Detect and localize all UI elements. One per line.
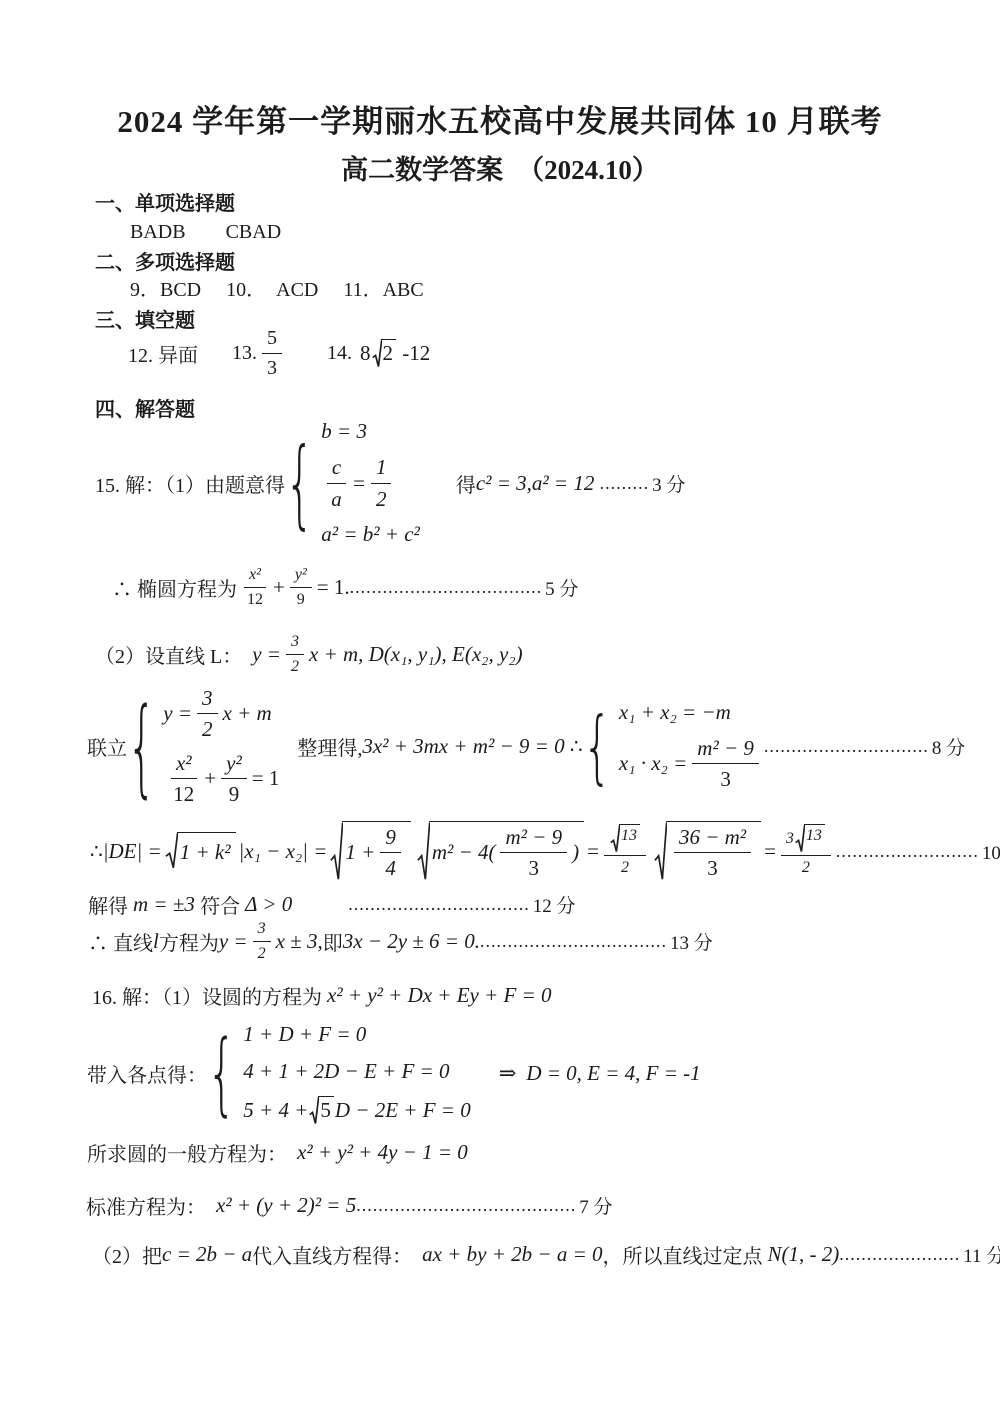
fraction-numerator: x² [244,565,266,588]
score-label: 7 分 [579,1192,612,1219]
system-rows: b = 3 ca = 12 a² = b² + c² [321,419,420,547]
fraction-numerator: 13 [604,824,646,856]
fraction: 94 [380,824,401,882]
single-choice-answers: BADB CBAD [130,215,281,244]
fraction-numerator: 3 [286,632,304,655]
fraction-denominator: 9 [224,779,245,807]
plus-sign: + [204,766,216,791]
left-brace-icon: { [583,706,612,787]
row-rest: D − 2E + F = 0 [335,1098,471,1123]
final-prefix2: 方程为 [159,927,219,956]
p15-ellipse-line: ∴ 椭圆方程为 x²12 + y²9 = 1. ................… [112,556,578,618]
row-start: y = [163,701,192,726]
radicand: 2 [381,339,397,368]
section-heading-text: 二、多项选择题 [95,246,235,275]
score-label: 11 分 [963,1241,1000,1268]
de-mid: |x₁ − x₂| = [239,839,328,864]
fraction: m² − 93 [692,735,759,793]
p15-final-line: ∴ 直线 l 方程为 y = 32 x ± 3, 即 3x − 2y ± 6 =… [88,913,713,969]
fraction: 132 [604,824,646,878]
implies-sign: ⇒ [499,1061,517,1086]
left-brace-icon: { [207,1028,236,1118]
p16-system-line: 带入各点得： { 1 + D + F = 0 4 + 1 + 2D − E + … [87,1018,701,1128]
radicand: m² − 4(m² − 93) [429,821,584,882]
part2-conclusion: ，所以直线过定点 [603,1240,768,1269]
join-system-right: { x₁ + x₂ = −m x₁ · x₂ = m² − 93 [583,700,764,793]
p15-result-prefix: 得 [456,469,476,498]
row-rest: = 1 [252,766,280,791]
sqrt-radical: 1 + k² [165,832,236,869]
fraction-denominator: 3 [262,354,282,381]
ellipse-prefix: ∴ 椭圆方程为 [112,573,237,602]
sqrt-radical: m² − 4(m² − 93) [417,821,584,882]
radicand-start: 1 + [345,840,375,865]
line-equation-start: y = [252,642,281,667]
line-equation: ax + by + 2b − a = 0 [422,1242,602,1267]
fraction-denominator: 2 [197,714,218,742]
equals-sign: = [352,471,366,496]
system-rows: 1 + D + F = 0 4 + 1 + 2D − E + F = 0 5 +… [243,1022,470,1125]
radicand-end: ) [572,840,579,865]
fraction-denominator: 3 [524,853,545,881]
part2-prefix: （2）把 [92,1240,162,1269]
substitute-prefix: 带入各点得： [87,1059,207,1088]
system-row: b = 3 [321,419,367,444]
small-sqrt: 13 [610,824,640,853]
subtitle-text: 高二数学答案 [341,148,503,187]
p16-intro-line: 16. 解：（1）设圆的方程为 x² + y² + Dx + Ey + F = … [92,980,552,1010]
subtitle-date: （2024.10） [517,148,659,187]
dotted-leader: .......................... [836,841,979,862]
fraction: ca [326,454,347,512]
equals-sign: = [587,839,599,864]
fraction: x²12 [242,565,268,610]
fraction-denominator: 4 [380,853,401,881]
left-brace-icon: { [127,693,156,799]
system-row: 1 + D + F = 0 [243,1022,366,1047]
fraction: y²9 [221,750,247,808]
fraction-numerator: m² − 9 [692,735,759,764]
system-rows: x₁ + x₂ = −m x₁ · x₂ = m² − 93 [619,700,764,793]
general-equation: x² + y² + 4y − 1 = 0 [297,1140,468,1165]
section-heading-multi-choice: 二、多项选择题 [95,246,235,275]
row-start: x₁ · x₂ = [619,751,687,776]
system-result: D = 0, E = 4, F = -1 [526,1061,700,1086]
system-row: x²12 + y²9 = 1 [163,750,279,808]
fraction-denominator: 2 [616,856,634,878]
q14-label: 14. [327,342,352,365]
page-title-text: 2024 学年第一学期丽水五校高中发展共同体 10 月联考 [117,96,882,141]
fraction-denominator: 12 [242,588,268,610]
fraction-numerator: x² [171,750,197,779]
line-equation-rest: x + m, D(x₁, y₁), E(x₂, y₂) [309,642,523,667]
radicand-start: m² − 4( [432,840,496,865]
join-prefix: 联立 [87,732,127,761]
part2-prefix: （2）设直线 L： [95,640,252,669]
section-heading-text: 四、解答题 [95,393,195,422]
fraction: y²9 [290,565,312,610]
score-label: 3 分 [652,470,685,497]
p16-intro: 16. 解：（1）设圆的方程为 [92,981,327,1010]
system-rows: y = 32 x + m x²12 + y²9 = 1 [163,685,279,808]
score-label: 5 分 [545,574,578,601]
fraction-numerator: y² [290,565,312,588]
join-middle-prefix: 整理得, [297,732,362,761]
sqrt-radical: 36 − m²3 [654,821,761,882]
left-brace-icon: { [285,435,314,532]
coefficient: 3 [786,829,794,849]
p16-system: { 1 + D + F = 0 4 + 1 + 2D − E + F = 0 5… [207,1022,471,1125]
q14-tail: -12 [397,341,430,366]
therefore-sign: ∴ [90,839,103,864]
q12-answer: 12. 异面 [128,339,198,368]
fraction-numerator: m² − 9 [500,824,567,853]
system-row: x₁ · x₂ = m² − 93 [619,735,764,793]
fraction-denominator: 12 [168,779,199,807]
dotted-leader: ................................... [350,577,543,598]
part2-middle: 代入直线方程得： [252,1240,422,1269]
page-title: 2024 学年第一学期丽水五校高中发展共同体 10 月联考 [0,96,1000,141]
system-row: ca = 12 [321,454,396,512]
dotted-leader: .................................. [480,931,667,952]
fraction-numerator: 1 [371,454,392,483]
system-row: 4 + 1 + 2D − E + F = 0 [243,1059,449,1084]
score-label: 8 分 [932,733,965,760]
standard-equation: x² + (y + 2)² = 5 [216,1193,356,1218]
q13-fraction: 53 [262,326,282,381]
radicand: 5 [318,1096,334,1125]
radicand: 1 + k² [177,832,236,869]
p16-standard-line: 标准方程为： x² + (y + 2)² = 5 ...............… [86,1189,613,1221]
fraction: 32 [253,919,271,964]
dotted-leader: .............................. [764,736,929,757]
join-system-left: { y = 32 x + m x²12 + y²9 = 1 [127,685,279,808]
dotted-leader: ...................... [839,1244,960,1265]
radicand: 13 [619,824,640,853]
fraction-numerator: 3 [253,919,271,942]
system-row: x₁ + x₂ = −m [619,700,731,725]
system-row: y = 32 x + m [163,685,271,743]
that-is: 即 [323,927,343,956]
equals-one: = 1. [317,575,350,600]
radicand: 36 − m²3 [666,821,761,882]
p16-general-line: 所求圆的一般方程为： x² + y² + 4y − 1 = 0 [87,1136,468,1168]
page-subtitle: 高二数学答案（2024.10） [0,148,1000,187]
section-heading-solutions: 四、解答题 [95,393,195,422]
fraction: m² − 93 [500,824,567,882]
therefore-sign: ∴ [570,734,583,759]
fraction: 3132 [781,824,831,878]
fraction-numerator: 3 [197,685,218,714]
standard-prefix: 标准方程为： [86,1191,216,1220]
q14-coefficient: 8 [360,341,371,366]
fraction-denominator: 3 [702,853,723,881]
p16-part2-line: （2）把 c = 2b − a 代入直线方程得： ax + by + 2b − … [92,1237,1000,1271]
q13-label: 13. [232,342,257,365]
fraction: 36 − m²3 [674,824,751,882]
sqrt-radical: 1 +94 [330,821,410,882]
fraction-denominator: 2 [797,856,815,878]
fraction-numerator: y² [221,750,247,779]
fraction-numerator: c [327,454,346,483]
p15-intro: 15. 解：（1）由题意得 [95,469,285,498]
fixed-point: N(1, - 2) [768,1242,840,1267]
dotted-leader: ......... [600,473,650,494]
general-prefix: 所求圆的一般方程为： [87,1138,297,1167]
row-start: 5 + 4 + [243,1098,308,1123]
multi-choice-answers: 9．BCD 10． ACD 11．ABC [130,273,424,302]
system-row: a² = b² + c² [321,522,420,547]
fraction-denominator: 2 [286,655,304,677]
p15-condition-system: { b = 3 ca = 12 a² = b² + c² [285,419,420,547]
fraction-denominator: 9 [292,588,310,610]
fraction-denominator: 2 [253,942,271,964]
fraction-numerator: 5 [262,326,282,354]
small-sqrt: 5 [309,1096,334,1125]
score-label: 10 分 [982,838,1000,865]
fraction: 12 [371,454,392,512]
fraction: x²12 [168,750,199,808]
final-prefix: ∴ 直线 [88,927,153,956]
p15-part2-line: （2）设直线 L： y = 32 x + m, D(x₁, y₁), E(x₂,… [95,625,523,683]
fraction-denominator: 2 [371,484,392,512]
p15-join-line: 联立 { y = 32 x + m x²12 + y²9 = 1 整理得, 3x… [87,683,965,809]
section-heading-single-choice: 一、单项选择题 [95,187,235,216]
p15-de-line: ∴ |DE| = 1 + k² |x₁ − x₂| = 1 +94 m² − 4… [90,816,1000,886]
score-label: 13 分 [670,928,713,955]
row-rest: x + m [223,701,272,726]
p15-line1: 15. 解：（1）由题意得 { b = 3 ca = 12 a² = b² + … [95,420,685,546]
section-heading-text: 一、单项选择题 [95,187,235,216]
dotted-leader: ................................. [348,894,530,915]
fraction-numerator: 36 − m² [674,824,751,853]
q14-sqrt: 2 [372,339,397,368]
answer-sheet-page: 2024 学年第一学期丽水五校高中发展共同体 10 月联考 高二数学答案（202… [0,0,1000,1414]
join-middle-math: 3x² + 3mx + m² − 9 = 0 [362,734,570,759]
p15-result-math: c² = 3,a² = 12 [476,471,600,496]
fraction: 32 [197,685,218,743]
equation-start: y = [219,929,248,954]
equals-sign: = [764,839,776,864]
fill-blank-answers: 12. 异面13. 5314. 8 2 -12 [128,322,430,384]
fraction-numerator: 313 [781,824,831,856]
equation-final: 3x − 2y ± 6 = 0. [343,929,480,954]
fraction: 32 [286,632,304,677]
substitution: c = 2b − a [162,1242,252,1267]
de-start: |DE| = [103,839,162,864]
radicand: 1 +94 [342,821,410,882]
fraction-denominator: 3 [715,764,736,792]
plus-sign: + [273,575,285,600]
system-row: 5 + 4 + 5 D − 2E + F = 0 [243,1096,470,1125]
radicand: 13 [804,824,825,853]
answers-text: 9．BCD 10． ACD 11．ABC [130,273,424,302]
circle-equation: x² + y² + Dx + Ey + F = 0 [327,983,552,1008]
equation-mid: x ± 3, [276,929,323,954]
fraction-denominator: a [326,484,347,512]
fraction-numerator: 9 [380,824,401,853]
small-sqrt: 13 [795,824,825,853]
answers-text: BADB CBAD [130,215,281,244]
dotted-leader: ........................................ [356,1195,576,1216]
